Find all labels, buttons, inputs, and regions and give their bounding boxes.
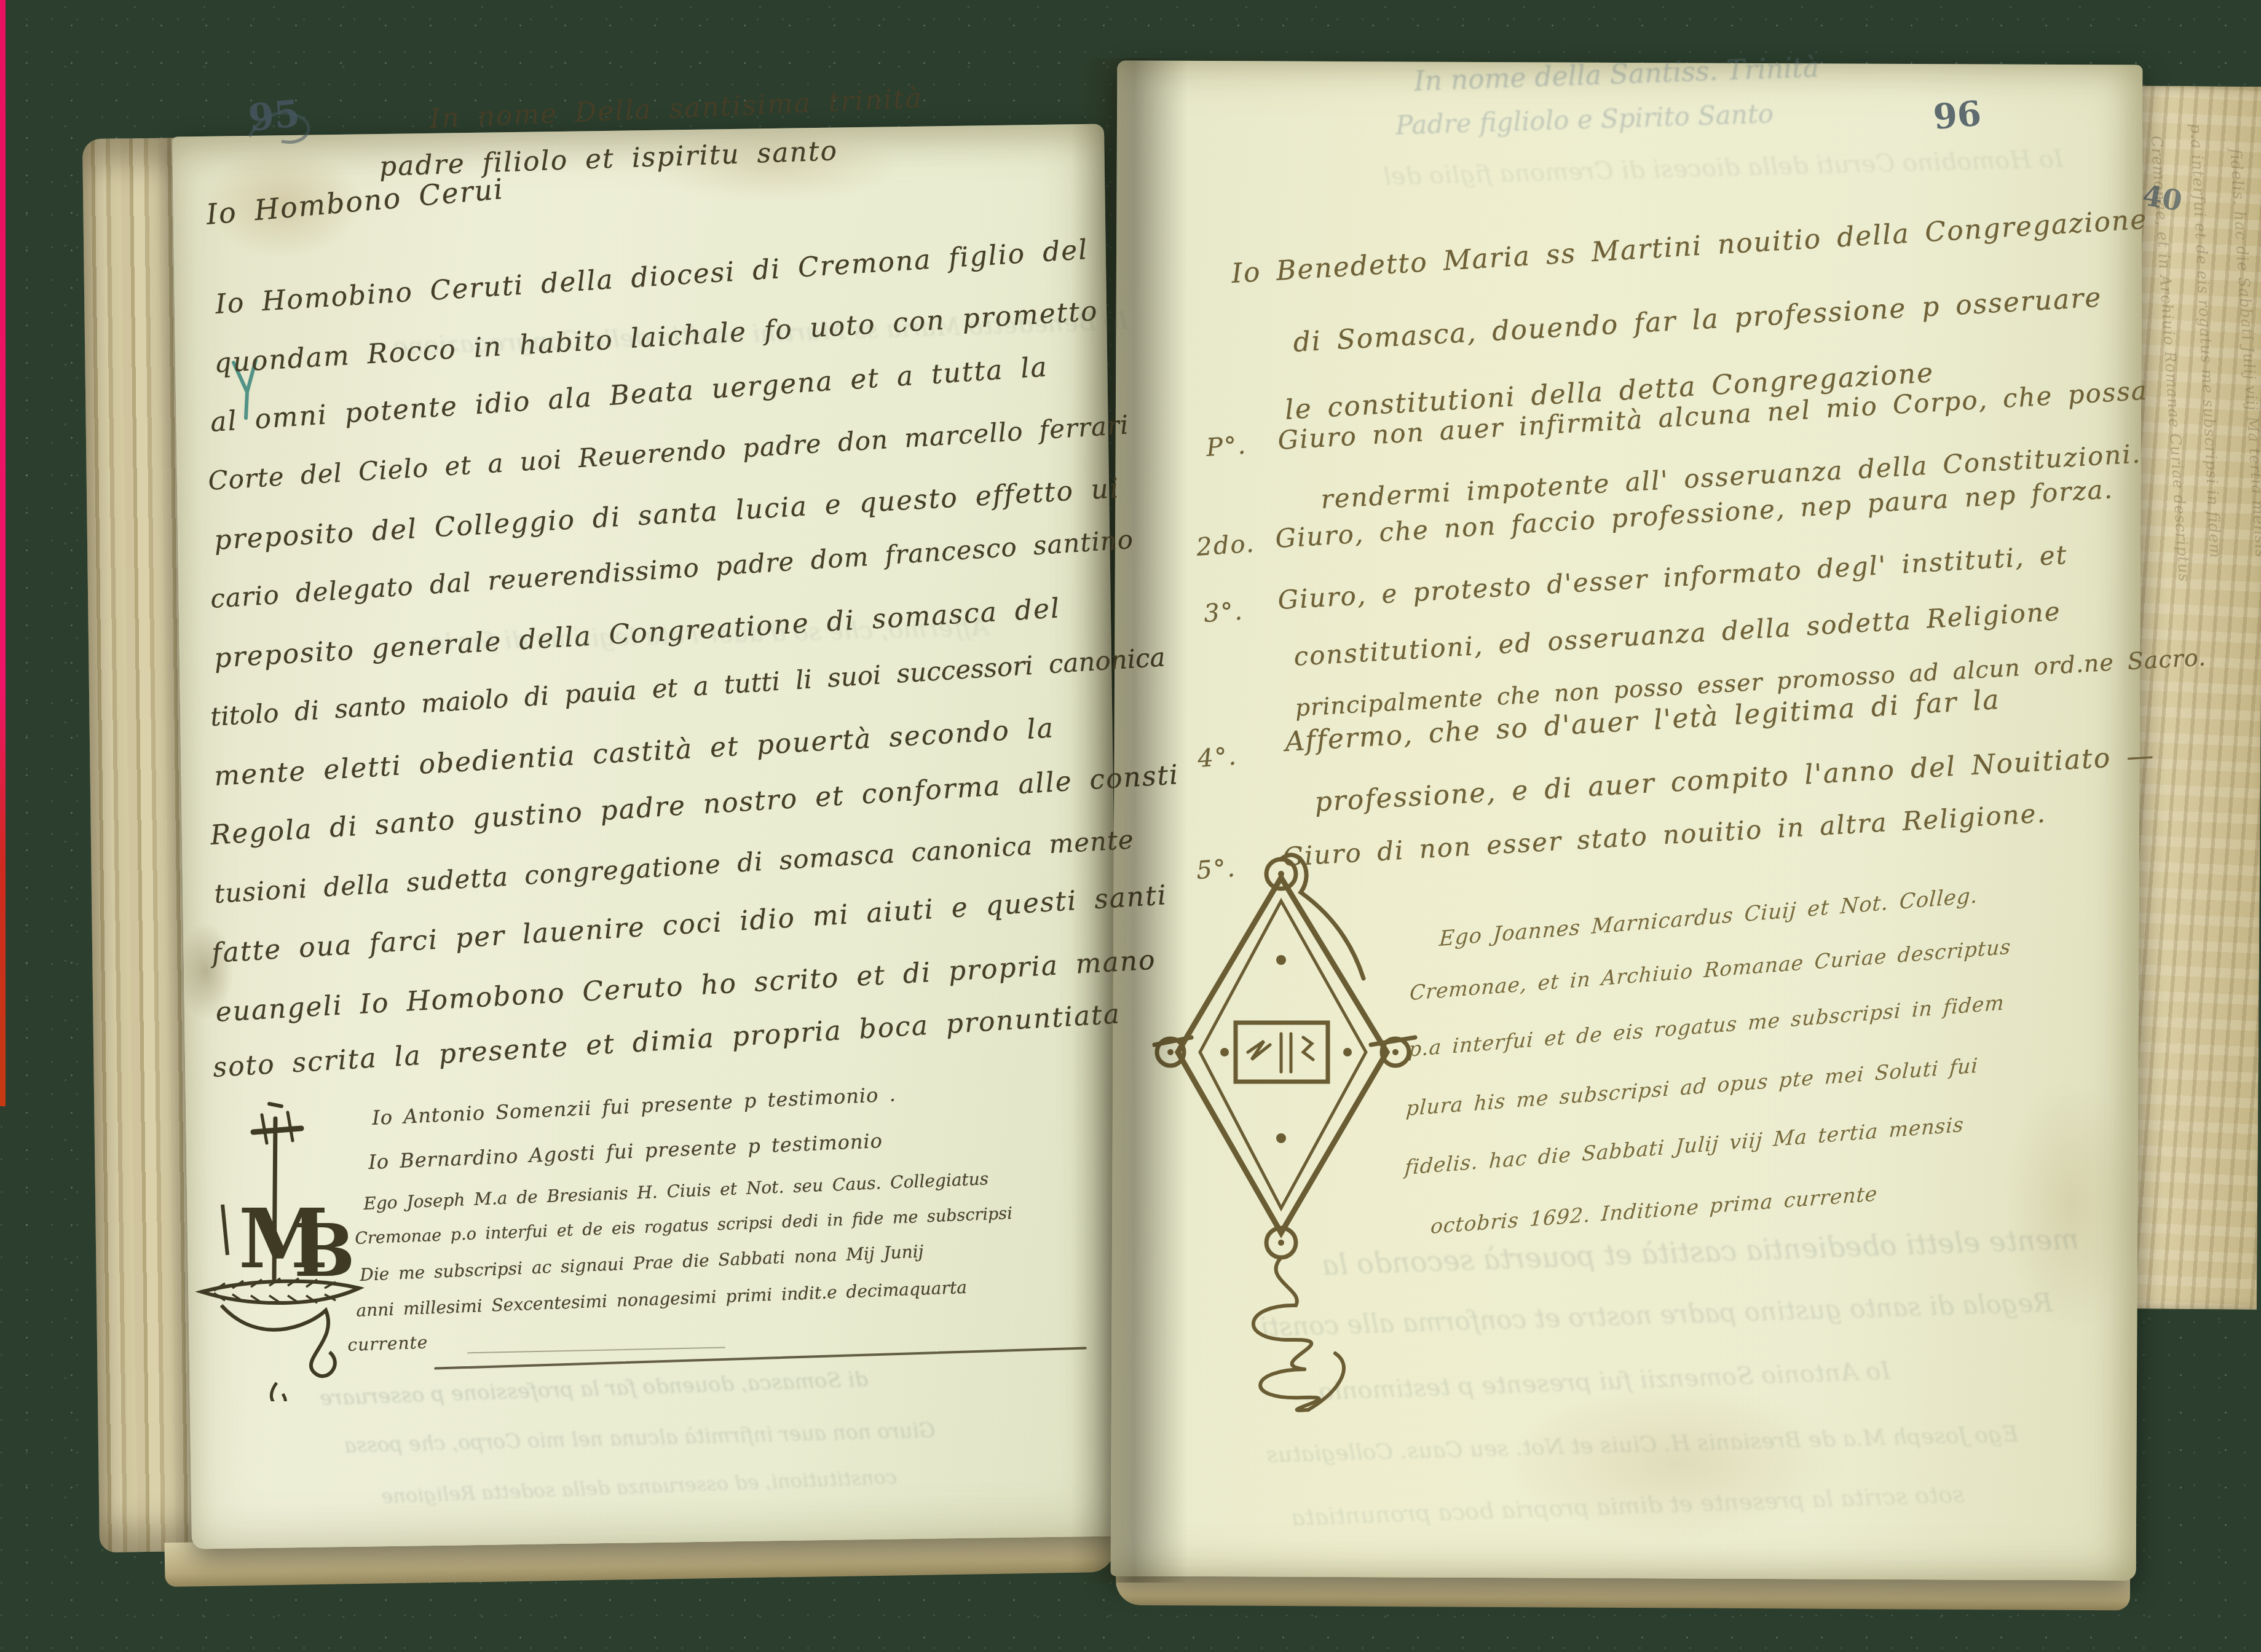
notary-subscription-line: fidelis. hac die Sabbati Julij viij Ma t…: [1404, 1112, 1965, 1179]
vow-number: 4°.: [1197, 742, 1238, 773]
notary-underline-flourish: [467, 1347, 725, 1354]
invocation-line: In nome Della santisima trinità: [429, 82, 923, 135]
notary-attestation-line: Ego Joseph M.a de Bresianis H. Ciuis et …: [363, 1168, 989, 1214]
bleedthrough-line: Ego Joseph M.a de Bresianis H. Ciuis et …: [1266, 1422, 2019, 1468]
notary-attestation-line: Die me subscripsi ac signaui Prae die Sa…: [360, 1241, 924, 1285]
notary-subscription-line: Ego Joannes Marnicardus Ciuij et Not. Co…: [1438, 883, 1979, 951]
right-page-number: 96: [1932, 93, 1983, 138]
ghost-invocation-line: Padre figliolo e Spirito Santo: [1395, 98, 1774, 140]
vow-number: 3°.: [1203, 597, 1244, 628]
bleedthrough-line: soto scrita la presente et dimia propria…: [1291, 1481, 1965, 1531]
notary-subscription-line: plura his me subscripsi ad opus pte mei …: [1405, 1053, 1979, 1120]
notary-subscription-line: p.a interfui et de eis rogatus me subscr…: [1408, 990, 2005, 1061]
ghost-invocation-line: In nome della Santiss. Trinità: [1413, 52, 1820, 98]
ink-layer: 95 In nome Della santisima trinità padre…: [0, 0, 2261, 1652]
notary-underline-flourish: [434, 1347, 1087, 1369]
bleedthrough-line: di Somasca, douendo far la professione p…: [320, 1367, 869, 1410]
profession-intro-line: Io Benedetto Maria ss Martini nouitio de…: [1231, 204, 2149, 289]
bleedthrough-line: constitutioni, ed osseruanza della sodet…: [381, 1465, 898, 1508]
invocation-line: padre filiolo et ispiritu santo: [379, 135, 839, 183]
notary-mark-diamond-cross: [1151, 849, 1421, 1415]
notary-attestation-line: anni millesimi Sexcentesimi nonagesimi p…: [356, 1277, 968, 1321]
vow-number: 2do.: [1196, 529, 1256, 562]
bleedthrough-line: Io Homobino Ceruti della diocesi di Crem…: [1383, 145, 2064, 191]
manuscript-scan: Cremonae, et in Archiuio Romanae Curiae …: [0, 0, 2261, 1652]
witness-signature: Io Antonio Somenzii fui presente p testi…: [371, 1082, 896, 1130]
salutation-line: Io Hombono Cerui: [205, 172, 505, 231]
notary-subscription-line: octobris 1692. Inditione prima currente: [1430, 1181, 1879, 1238]
profession-intro-line: di Somasca, douendo far la professione p…: [1292, 282, 2102, 358]
notary-mark-cross-mb: M B: [184, 1094, 369, 1401]
bleedthrough-line: Giuro non auer infirmità alcuna nel mio …: [344, 1418, 936, 1457]
page-number-strike-mark: [245, 98, 325, 154]
vow-number: P°.: [1205, 431, 1248, 462]
witness-signature: Io Bernardino Agosti fui presente p test…: [368, 1129, 883, 1174]
